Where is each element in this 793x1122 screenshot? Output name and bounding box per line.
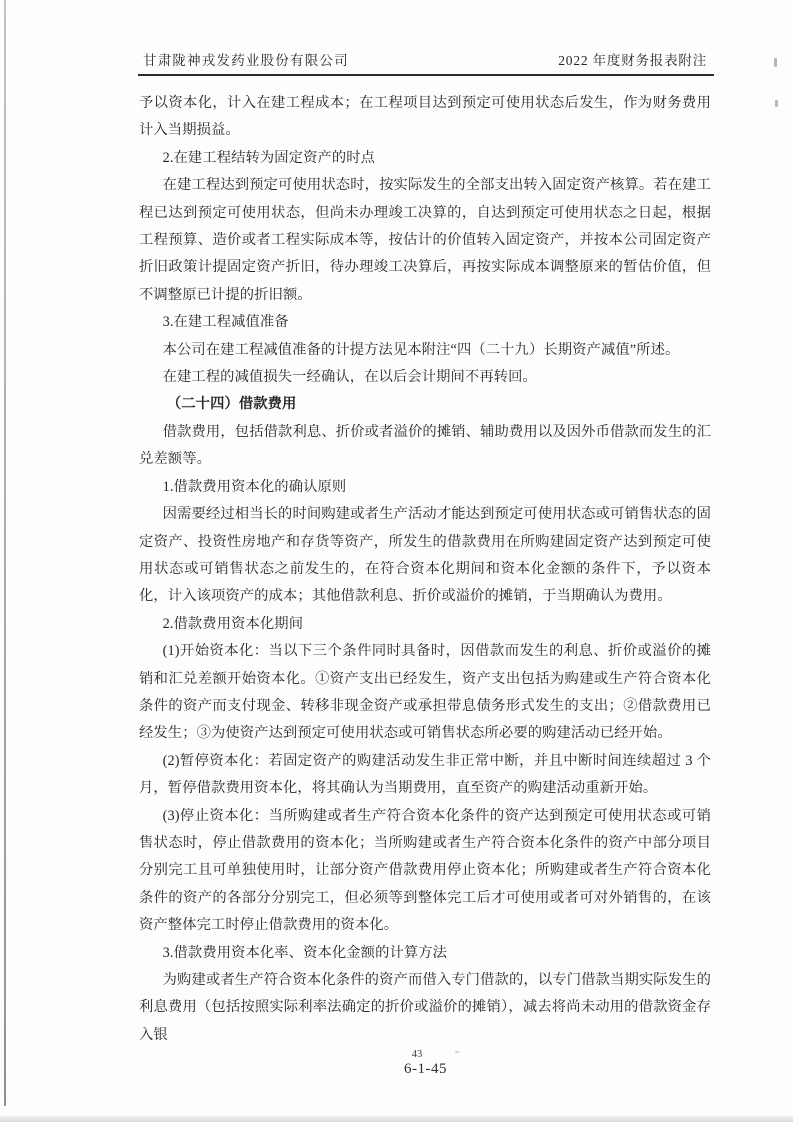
page-number: 6-1-45 [404, 1061, 447, 1078]
subheading: 2.在建工程结转为固定资产的时点 [139, 145, 711, 172]
header-rule [138, 74, 714, 76]
paragraph: 因需要经过相当长的时间购建或者生产活动才能达到预定可使用状态或可销售状态的固定资… [139, 501, 711, 611]
paragraph: 在建工程达到预定可使用状态时，按实际发生的全部支出转入固定资产核算。若在建工程已… [139, 172, 711, 309]
paragraph: 借款费用，包括借款利息、折价或者溢价的摊销、辅助费用以及因外币借款而发生的汇兑差… [139, 419, 711, 474]
paragraph: 为购建或者生产符合资本化条件的资产而借入专门借款的，以专门借款当期实际发生的利息… [139, 967, 711, 1049]
paragraph: (2)暂停资本化：若固定资产的购建活动发生非正常中断，并且中断时间连续超过 3 … [139, 748, 711, 803]
scan-artifact [774, 58, 777, 67]
header-report-title: 2022 年度财务报表附注 [558, 49, 707, 69]
header-company-name: 甘肃陇神戎发药业股份有限公司 [143, 49, 349, 69]
subheading: 2.借款费用资本化期间 [139, 611, 711, 638]
subheading: 3.借款费用资本化率、资本化金额的计算方法 [139, 940, 711, 967]
page-number-small: 43 [405, 1049, 429, 1060]
subheading: 3.在建工程减值准备 [139, 309, 711, 336]
document-page: 甘肃陇神戎发药业股份有限公司 2022 年度财务报表附注 予以资本化，计入在建工… [0, 0, 793, 1122]
subheading: 1.借款费用资本化的确认原则 [139, 474, 711, 501]
paragraph: (3)停止资本化：当所购建或者生产符合资本化条件的资产达到预定可使用状态或可销售… [139, 803, 711, 940]
scan-edge-bottom [0, 1116, 793, 1122]
scan-artifact [775, 100, 778, 107]
paragraph: (1)开始资本化：当以下三个条件同时具备时，因借款而发生的利息、折价或溢价的摊销… [139, 638, 711, 748]
paragraph-continuation: 予以资本化，计入在建工程成本；在工程项目达到预定可使用状态后发生，作为财务费用计… [139, 90, 711, 145]
scan-edge-left [4, 0, 6, 1106]
document-body: 予以资本化，计入在建工程成本；在工程项目达到预定可使用状态后发生，作为财务费用计… [139, 90, 711, 1049]
scan-artifact [455, 1051, 459, 1053]
paragraph: 在建工程的减值损失一经确认，在以后会计期间不再转回。 [139, 364, 711, 391]
paragraph: 本公司在建工程减值准备的计提方法见本附注“四（二十九）长期资产减值”所述。 [139, 337, 711, 364]
section-heading: （二十四）借款费用 [139, 391, 711, 418]
